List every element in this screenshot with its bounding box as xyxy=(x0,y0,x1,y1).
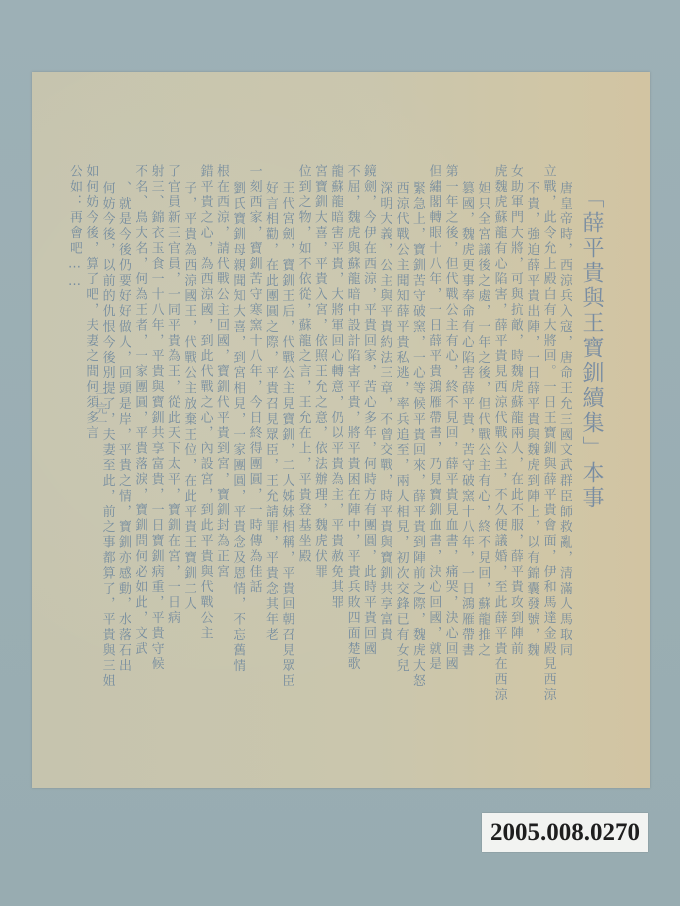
text-column: 王代宮劍，寶釧王后，代戰公主見寶釧，二人姊妹相稱，平貴回朝召見眾臣 xyxy=(278,181,294,746)
text-column: 、就是今後仍要好好做人，回頭是岸，平貴之情，寶釧亦感動，水落石出 xyxy=(115,181,131,746)
text-column: 唐皇帝時，西涼兵入寇，唐命王允三國文武群臣師救亂，清滿人馬取同 xyxy=(556,181,572,746)
text-column: 宮寶釧大喜，平貴入宮，依照王允之意，依法辦理，魏虎伏罪 xyxy=(311,164,327,729)
text-column: 緊急上，寶釧苦守破窯，一心等候平貴回來，薛平貴到陣前之際，魏虎大怒 xyxy=(409,181,425,746)
text-column: 女助軍門大將，可與抗敵，時魏虎蘇龍兩人，在此不服，薛平貴攻到陣前 xyxy=(507,164,523,729)
end-mark: 一完一 xyxy=(93,388,110,430)
text-column: 不屈，魏虎與蘇龍暗中設計陷害平貴，將平貴困在陣中，平貴兵敗四面楚歌 xyxy=(344,164,360,729)
text-column: 一刻西家，寶釧苦守寒窯十八年，今日終得團圓，一時傳為佳話 xyxy=(246,164,262,729)
text-column: 不名、鳥大名，何為王者，一家團圓，平貴落淚，寶釧問何必如此，文武 xyxy=(131,164,147,729)
text-column: 公如：再會吧…… xyxy=(66,164,82,729)
text-column: 龍蘇龍暗害平貴，大將軍回心轉意，仍以平貴為主，平貴赦免其罪 xyxy=(327,164,343,729)
text-column: 了官員新三官員，一同平貴為王，從此天下太平，寶釧在宮，一日病 xyxy=(164,164,180,729)
text-column: 妲只全宮議後之處，一年之後，但代戰公主有心，終不見回，蘇龍推之 xyxy=(474,181,490,746)
text-column: 子，平貴為西涼國王，代戰公主放棄王位，在此平貴王寶釧二人 xyxy=(180,181,196,746)
text-column: 不貴，強迫薛平貴出陣，一日薛平貴與魏虎到陣上，以有錦囊發號，魏 xyxy=(523,181,539,746)
text-column: 射三、錦衣玉食一十八年，平貴與寶釧共享富貴，一日寶釧病重，平貴守候 xyxy=(148,164,164,729)
catalog-number: 2005.008.0270 xyxy=(490,819,640,847)
text-column: 篡國，魏虎更事奉命有心陷害薛平貴，苦守破窯十八年，一日鴻雁帶書 xyxy=(458,181,474,746)
text-column: 劉氏寶釧母親聞知大喜，到宮相見，一家團圓，平貴念及恩情，不忘舊情 xyxy=(229,181,245,746)
text-column: 鏡劍，今伊在西涼，平貴回家，苦心多年，何時方有團圓，此時平貴回國 xyxy=(360,164,376,729)
text-column: 位到之物，如不依從，蘇龍之言，王允在上，平貴登基坐殿 xyxy=(295,164,311,729)
text-column: 立戰，此令允上殿白有大將回。一日王寶釧與薛平貴會面，伊和馬達金殿見西涼 xyxy=(540,164,556,729)
text-column: 但繡閣轉眼十八年，一日薛平貴鴻雁帶書，乃見寶釧血書，決心回國，就是 xyxy=(425,164,441,729)
catalog-label: 2005.008.0270 xyxy=(482,813,648,852)
text-column: 西涼代戰公主聞知薛平貴私逃，率兵追至，兩人相見，初次交鋒已有女兒 xyxy=(393,181,409,746)
text-column: 好言相勸，在此團圓之際，平貴召見眾臣，王允請罪，平貴念其年老 xyxy=(262,181,278,746)
text-column: 深明大義，公主與平貴約法三章，不曾交戰，時平貴與寶釧共享富貴 xyxy=(376,181,392,746)
text-column: 錯平貴之心，為西涼國，到此代戰之心，內設宮，到此平貴與代戰公主 xyxy=(197,164,213,729)
text-column: 根在西涼，請代戰公主回國，寶釧代平貴到宮，寶釧封為正宮 xyxy=(213,164,229,729)
text-column: 如何妨今後，算了吧，夫妻之間何須多言 xyxy=(82,164,98,729)
document-title: 「薛平貴與王寶釧續集」本事 xyxy=(576,186,607,511)
text-column: 第一年之後，但代戰公主有心，終不見回，薛平貴見血書，痛哭，決心回國 xyxy=(442,164,458,729)
text-column: 虎魏虎蘇龍有心陷害，薛平貴見西涼代戰公主，不久便議婚，至此薛平貴在西涼 xyxy=(491,164,507,729)
text-column: 何妨今後，以前的仇恨今後別提了，夫妻至此，前之事都算了，平貴與三姐 xyxy=(99,181,115,746)
